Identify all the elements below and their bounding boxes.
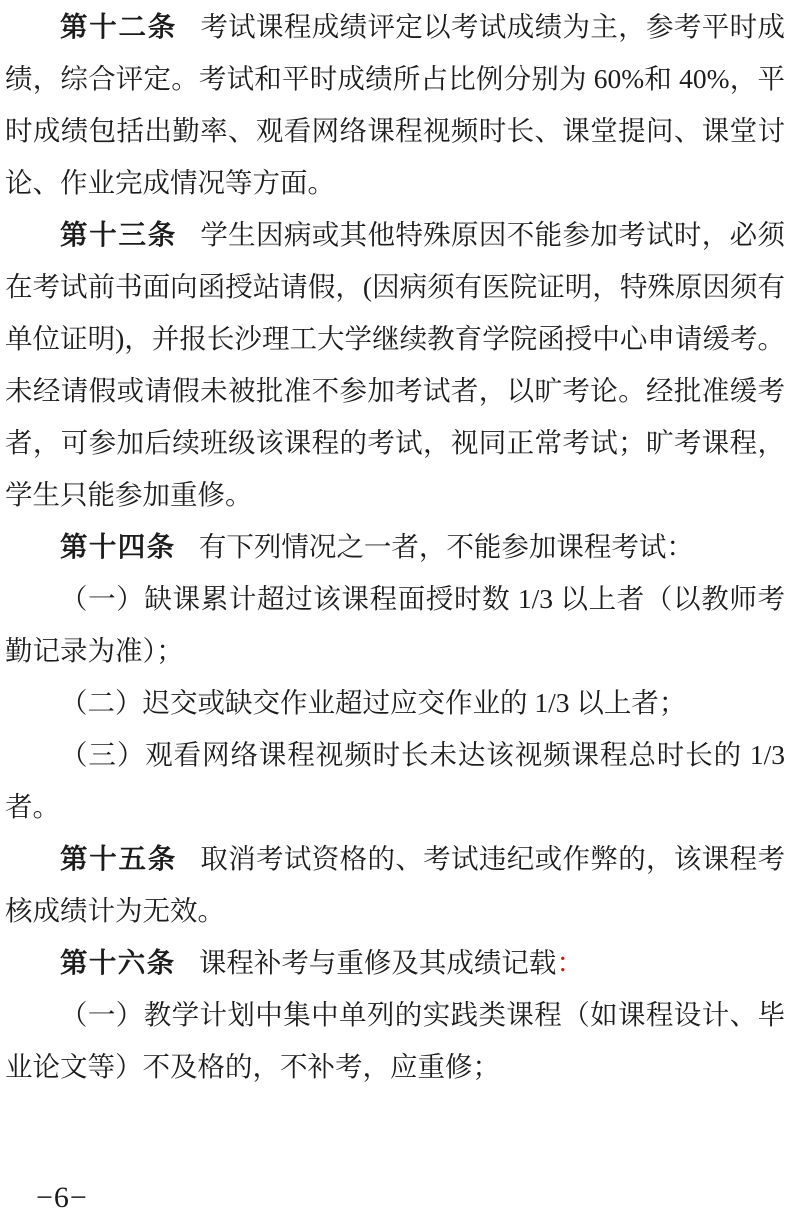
article-paragraph-14: 第十四条有下列情况之一者，不能参加课程考试： <box>5 521 785 573</box>
article-paragraph-13: 第十三条学生因病或其他特殊原因不能参加考试时，必须在考试前书面向函授站请假，(因… <box>5 209 785 521</box>
article-label: 第十四条 <box>60 531 176 562</box>
article-text: 学生因病或其他特殊原因不能参加考试时，必须在考试前书面向函授站请假，(因病须有医… <box>5 219 785 510</box>
list-item-text: （一）缺课累计超过该课程面授时数 1/3 以上者（以教师考勤记录为准）； <box>5 583 785 666</box>
article-text: 有下列情况之一者，不能参加课程考试： <box>199 531 694 562</box>
article-paragraph-15: 第十五条取消考试资格的、考试违纪或作弊的，该课程考核成绩计为无效。 <box>5 833 785 937</box>
article-label: 第十二条 <box>60 11 177 42</box>
list-item-text: （二）迟交或缺交作业超过应交作业的 1/3 以上者； <box>60 687 686 718</box>
list-item-4: （一）教学计划中集中单列的实践类课程（如课程设计、毕业论文等）不及格的，不补考，… <box>5 989 785 1093</box>
article-paragraph-16: 第十六条课程补考与重修及其成绩记载： <box>5 937 785 989</box>
red-colon: ： <box>556 947 584 978</box>
list-item-1: （一）缺课累计超过该课程面授时数 1/3 以上者（以教师考勤记录为准）； <box>5 573 785 677</box>
page-number: −6− <box>36 1181 88 1215</box>
article-label: 第十六条 <box>60 947 176 978</box>
article-label: 第十三条 <box>60 219 177 250</box>
article-paragraph-12: 第十二条考试课程成绩评定以考试成绩为主，参考平时成绩，综合评定。考试和平时成绩所… <box>5 1 785 209</box>
article-text: 课程补考与重修及其成绩记载 <box>199 947 557 978</box>
list-item-3: （三）观看网络课程视频时长未达该视频课程总时长的 1/3 者。 <box>5 729 785 833</box>
document-body: 第十二条考试课程成绩评定以考试成绩为主，参考平时成绩，综合评定。考试和平时成绩所… <box>0 0 800 1093</box>
list-item-2: （二）迟交或缺交作业超过应交作业的 1/3 以上者； <box>5 677 785 729</box>
document-page: 第十二条考试课程成绩评定以考试成绩为主，参考平时成绩，综合评定。考试和平时成绩所… <box>0 0 800 1224</box>
list-item-text: （三）观看网络课程视频时长未达该视频课程总时长的 1/3 者。 <box>5 739 785 822</box>
article-label: 第十五条 <box>60 843 177 874</box>
list-item-text: （一）教学计划中集中单列的实践类课程（如课程设计、毕业论文等）不及格的，不补考，… <box>5 999 785 1082</box>
